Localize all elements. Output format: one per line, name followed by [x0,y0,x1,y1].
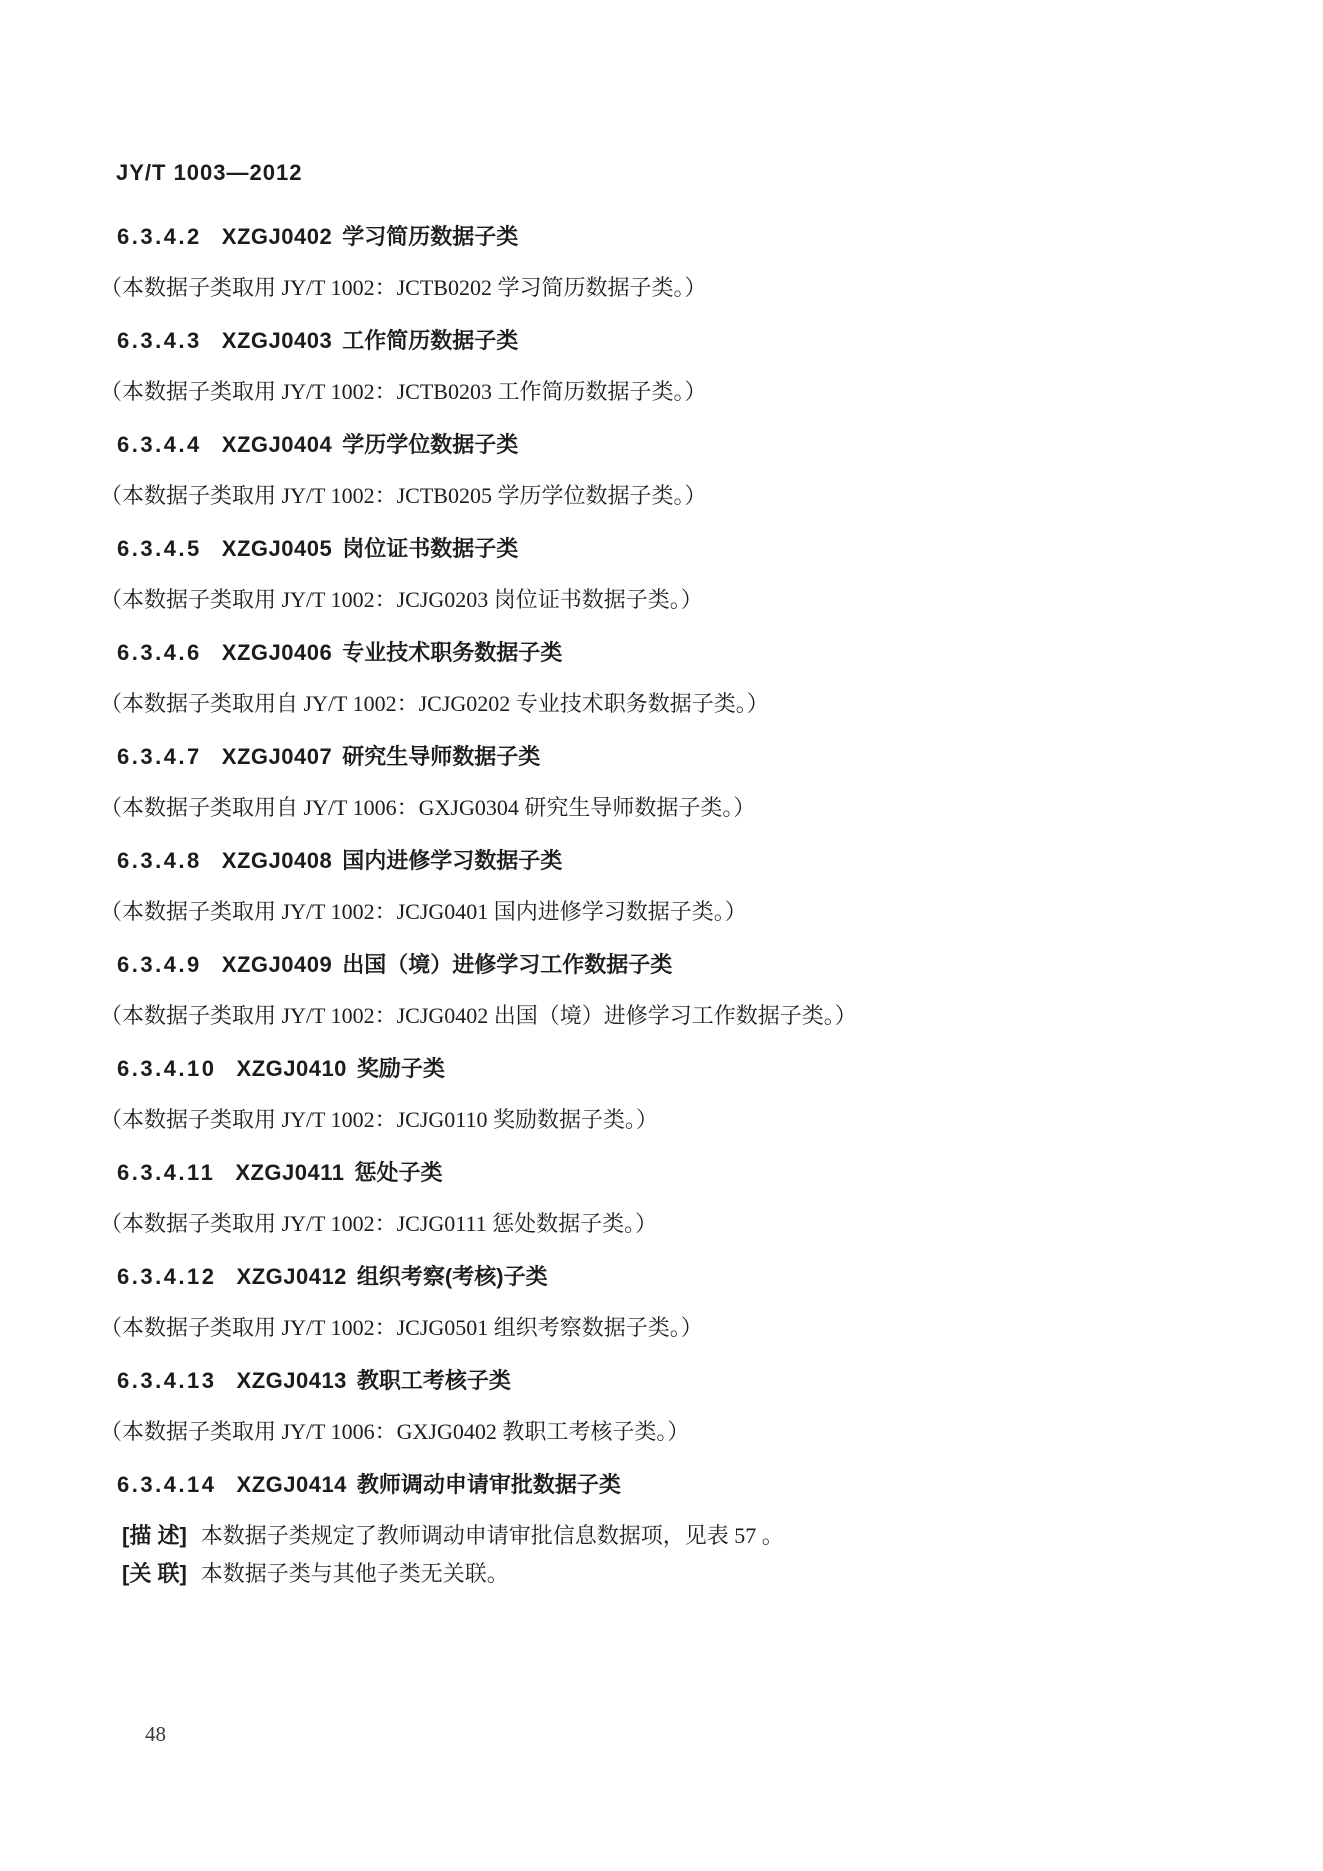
section-code: XZGJ0405 [222,536,332,561]
section-number: 6.3.4.12 [117,1264,217,1289]
description-label: [描 述] [122,1523,187,1548]
section-code: XZGJ0408 [222,848,332,873]
section-note: （本数据子类取用 JY/T 1006：GXJG0402 教职工考核子类。） [100,1417,1233,1447]
section-number: 6.3.4.8 [117,848,202,873]
description-text: 本数据子类规定了教师调动申请审批信息数据项，见表 57 。 [201,1523,784,1548]
section-note: （本数据子类取用 JY/T 1002：JCJG0401 国内进修学习数据子类。） [100,897,1233,927]
section-title: 惩处子类 [355,1160,443,1185]
relation-text: 本数据子类与其他子类无关联。 [201,1561,509,1586]
section: 6.3.4.12XZGJ0412组织考察(考核)子类 （本数据子类取用 JY/T… [100,1262,1233,1343]
section-code: XZGJ0407 [222,744,332,769]
section-number: 6.3.4.14 [117,1472,217,1497]
section-number: 6.3.4.7 [117,744,202,769]
section-note: （本数据子类取用自 JY/T 1006：GXJG0304 研究生导师数据子类。） [100,793,1233,823]
section-title: 岗位证书数据子类 [342,536,518,561]
section-code: XZGJ0406 [222,640,332,665]
section: 6.3.4.9XZGJ0409出国（境）进修学习工作数据子类 （本数据子类取用 … [100,950,1233,1031]
standard-number-header: JY/T 1003—2012 [116,158,302,188]
section-note: （本数据子类取用 JY/T 1002：JCTB0205 学历学位数据子类。） [100,481,1233,511]
section-title: 教师调动申请审批数据子类 [357,1472,621,1497]
section-number: 6.3.4.11 [117,1160,215,1185]
section-note: （本数据子类取用 JY/T 1002：JCJG0111 惩处数据子类。） [100,1209,1233,1239]
section-code: XZGJ0409 [222,952,332,977]
section-code: XZGJ0410 [237,1056,347,1081]
section: 6.3.4.11XZGJ0411惩处子类 （本数据子类取用 JY/T 1002：… [100,1158,1233,1239]
section-description-line: [描 述]本数据子类规定了教师调动申请审批信息数据项，见表 57 。 [100,1521,1233,1551]
section-heading: 6.3.4.6XZGJ0406专业技术职务数据子类 [100,638,1233,668]
section: 6.3.4.13XZGJ0413教职工考核子类 （本数据子类取用 JY/T 10… [100,1366,1233,1447]
section-number: 6.3.4.10 [117,1056,217,1081]
section-heading: 6.3.4.4XZGJ0404学历学位数据子类 [100,430,1233,460]
section-title: 学习简历数据子类 [342,224,518,249]
section-title: 教职工考核子类 [357,1368,511,1393]
section-number: 6.3.4.6 [117,640,202,665]
section-title: 组织考察(考核)子类 [357,1264,548,1289]
section-title: 出国（境）进修学习工作数据子类 [342,952,672,977]
section-number: 6.3.4.4 [117,432,202,457]
page-number: 48 [145,1722,166,1747]
section: 6.3.4.4XZGJ0404学历学位数据子类 （本数据子类取用 JY/T 10… [100,430,1233,511]
section-code: XZGJ0414 [237,1472,347,1497]
section-heading: 6.3.4.9XZGJ0409出国（境）进修学习工作数据子类 [100,950,1233,980]
section-code: XZGJ0403 [222,328,332,353]
section-note: （本数据子类取用 JY/T 1002：JCJG0110 奖励数据子类。） [100,1105,1233,1135]
section-code: XZGJ0404 [222,432,332,457]
relation-label: [关 联] [122,1561,187,1586]
section-heading: 6.3.4.12XZGJ0412组织考察(考核)子类 [100,1262,1233,1292]
section: 6.3.4.5XZGJ0405岗位证书数据子类 （本数据子类取用 JY/T 10… [100,534,1233,615]
section-number: 6.3.4.9 [117,952,202,977]
section: 6.3.4.7XZGJ0407研究生导师数据子类 （本数据子类取用自 JY/T … [100,742,1233,823]
section-note: （本数据子类取用 JY/T 1002：JCTB0202 学习简历数据子类。） [100,273,1233,303]
document-page: JY/T 1003—2012 6.3.4.2XZGJ0402学习简历数据子类 （… [0,0,1323,1871]
section-heading: 6.3.4.14XZGJ0414教师调动申请审批数据子类 [100,1470,1233,1500]
section-heading: 6.3.4.3XZGJ0403工作简历数据子类 [100,326,1233,356]
section-number: 6.3.4.5 [117,536,202,561]
section-title: 专业技术职务数据子类 [342,640,562,665]
section: 6.3.4.14XZGJ0414教师调动申请审批数据子类 [描 述]本数据子类规… [100,1470,1233,1589]
section-heading: 6.3.4.11XZGJ0411惩处子类 [100,1158,1233,1188]
section-heading: 6.3.4.10XZGJ0410奖励子类 [100,1054,1233,1084]
section-note: （本数据子类取用 JY/T 1002：JCJG0402 出国（境）进修学习工作数… [100,1001,1233,1031]
section-note: （本数据子类取用自 JY/T 1002：JCJG0202 专业技术职务数据子类。… [100,689,1233,719]
section-heading: 6.3.4.7XZGJ0407研究生导师数据子类 [100,742,1233,772]
section-note: （本数据子类取用 JY/T 1002：JCJG0501 组织考察数据子类。） [100,1313,1233,1343]
section-number: 6.3.4.3 [117,328,202,353]
section: 6.3.4.8XZGJ0408国内进修学习数据子类 （本数据子类取用 JY/T … [100,846,1233,927]
section-code: XZGJ0411 [235,1160,344,1185]
section: 6.3.4.3XZGJ0403工作简历数据子类 （本数据子类取用 JY/T 10… [100,326,1233,407]
section-heading: 6.3.4.13XZGJ0413教职工考核子类 [100,1366,1233,1396]
section: 6.3.4.10XZGJ0410奖励子类 （本数据子类取用 JY/T 1002：… [100,1054,1233,1135]
section-heading: 6.3.4.5XZGJ0405岗位证书数据子类 [100,534,1233,564]
section-title: 工作简历数据子类 [342,328,518,353]
section-heading: 6.3.4.2XZGJ0402学习简历数据子类 [100,222,1233,252]
section-note: （本数据子类取用 JY/T 1002：JCJG0203 岗位证书数据子类。） [100,585,1233,615]
section-heading: 6.3.4.8XZGJ0408国内进修学习数据子类 [100,846,1233,876]
section-title: 研究生导师数据子类 [342,744,540,769]
section-title: 国内进修学习数据子类 [342,848,562,873]
section-note: （本数据子类取用 JY/T 1002：JCTB0203 工作简历数据子类。） [100,377,1233,407]
section-number: 6.3.4.2 [117,224,202,249]
sections: 6.3.4.2XZGJ0402学习简历数据子类 （本数据子类取用 JY/T 10… [100,188,1233,1597]
section-code: XZGJ0413 [237,1368,347,1393]
section: 6.3.4.2XZGJ0402学习简历数据子类 （本数据子类取用 JY/T 10… [100,222,1233,303]
section-code: XZGJ0402 [222,224,332,249]
section-relation-line: [关 联]本数据子类与其他子类无关联。 [100,1559,1233,1589]
section-title: 奖励子类 [357,1056,445,1081]
section-code: XZGJ0412 [237,1264,347,1289]
section: 6.3.4.6XZGJ0406专业技术职务数据子类 （本数据子类取用自 JY/T… [100,638,1233,719]
section-number: 6.3.4.13 [117,1368,217,1393]
section-title: 学历学位数据子类 [342,432,518,457]
